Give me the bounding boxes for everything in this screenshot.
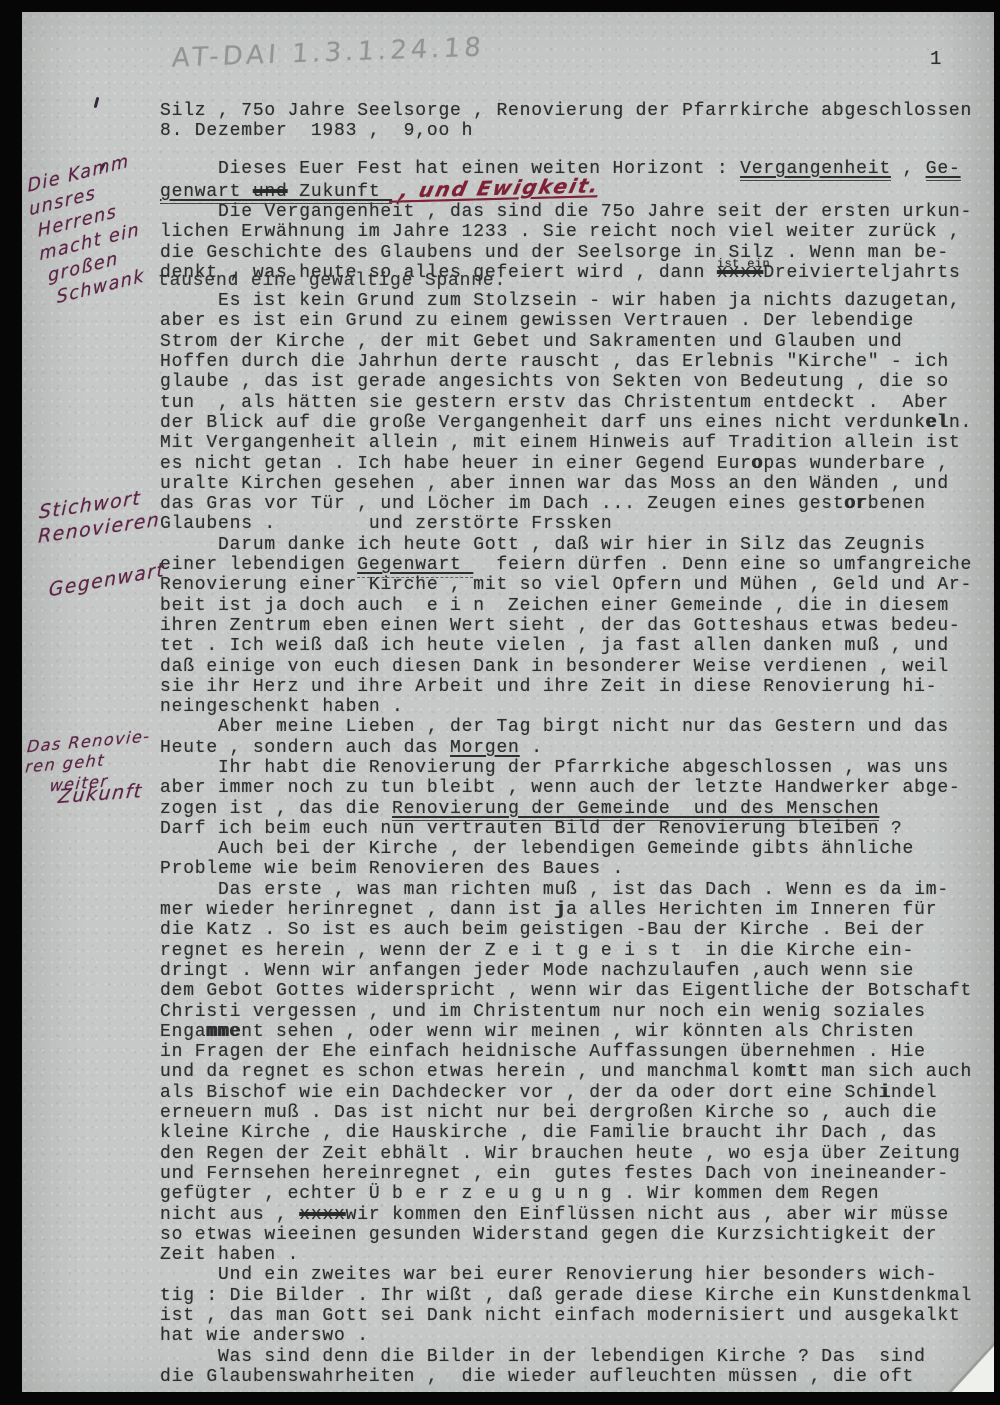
typed-line: dringt . Wenn wir anfangen jeder Mode na… xyxy=(160,961,988,981)
typed-line: 8. Dezember 1983 , 9,oo h xyxy=(160,121,988,141)
pencil-archive-ref: AT-DAI 1.3.1.24.18 xyxy=(171,32,486,73)
typed-line: ihren Zentrum eben einen Wert sieht , de… xyxy=(160,616,988,636)
typed-line: Und ein zweites war bei eurer Renovierun… xyxy=(160,1265,988,1285)
margin-note-schwank: Die Kammunsres Herrens macht ein großen … xyxy=(27,147,146,314)
typed-line: Hoffen durch die Jahrhun derte rauscht ,… xyxy=(160,352,988,372)
typed-gap xyxy=(160,142,988,159)
typed-line: Aber meine Lieben , der Tag birgt nicht … xyxy=(160,717,988,737)
note-line: Gegenwart xyxy=(49,558,165,603)
typed-line: Es ist kein Grund zum Stolzsein - wir ha… xyxy=(160,291,988,311)
typed-line: Engamment sehen , oder wenn wir meinen ,… xyxy=(160,1022,988,1042)
typed-line: Renovierung einer Kirche , mit so viel O… xyxy=(160,575,988,595)
typed-line: Probleme wie beim Renovieren des Baues . xyxy=(160,859,988,879)
typed-line: und da regnet es schon etwas herein , un… xyxy=(160,1062,988,1082)
typed-line: Heute , sondern auch das Morgen . xyxy=(160,738,988,758)
typed-line: regnet es herein , wenn der Z e i t g e … xyxy=(160,941,988,961)
typed-line: Mit Vergangenheit allein , mit einem Hin… xyxy=(160,433,988,453)
typed-line: aber immer noch zu tun bleibt , wenn auc… xyxy=(160,778,988,798)
typed-line: Zeit haben . xyxy=(160,1245,988,1265)
typed-line: tet . Ich weiß daß ich heute vielen , ja… xyxy=(160,636,988,656)
typed-line: Auch bei der Kirche , der lebendigen Gem… xyxy=(160,839,988,859)
typed-line: neingeschenkt haben . xyxy=(160,697,988,717)
typed-line: erneuern muß . Das ist nicht nur bei der… xyxy=(160,1103,988,1123)
typed-line: kleine Kirche , die Hauskirche , die Fam… xyxy=(160,1123,988,1143)
typed-line: Silz , 75o Jahre Seelsorge , Renovierung… xyxy=(160,101,988,121)
typed-line: das Gras vor Tür , und Löcher im Dach ..… xyxy=(160,494,988,514)
typed-line: Christi vergessen , und im Christentum n… xyxy=(160,1002,988,1022)
typed-line: sie ihr Herz und ihre Arbeit und ihre Ze… xyxy=(160,677,988,697)
paper: AT-DAI 1.3.1.24.18 1 Silz , 75o Jahre Se… xyxy=(22,12,994,1392)
typed-line: als Bischof wie ein Dachdecker vor , der… xyxy=(160,1083,988,1103)
typed-line: und Fernsehen hereinregnet , ein gutes f… xyxy=(160,1164,988,1184)
typed-line: Darf ich beim euch nun vertrauten Bild d… xyxy=(160,819,988,839)
page-number: 1 xyxy=(930,48,941,70)
typed-line: daß einige von euch diesen Dank in beson… xyxy=(160,657,988,677)
typed-line: uralte Kirchen gesehen , aber innen war … xyxy=(160,474,988,494)
typed-line: genwart und Zukunft , und Ewigkeit. xyxy=(160,179,988,202)
typed-line: der Blick auf die große Vergangenheit da… xyxy=(160,413,988,433)
margin-note-zukunft: Zukunft xyxy=(57,779,144,809)
fold-corner xyxy=(952,1346,994,1392)
typed-line: einer lebendigen Gegenwart feiern dürfen… xyxy=(160,555,988,575)
typed-line: die Glaubenswahrheiten , die wieder aufl… xyxy=(160,1367,988,1387)
typed-line: gefügter , echter Ü b e r z e u g u n g … xyxy=(160,1184,988,1204)
scan-background: AT-DAI 1.3.1.24.18 1 Silz , 75o Jahre Se… xyxy=(0,0,1000,1405)
margin-note-stichwort: StichwortRenovieren xyxy=(38,483,162,550)
typed-line: lichen Erwähnung im Jahre 1233 . Sie rei… xyxy=(160,222,988,242)
typed-line: Darum danke ich heute Gott , daß wir hie… xyxy=(160,535,988,555)
typed-text: Silz , 75o Jahre Seelsorge , Renovierung… xyxy=(160,101,988,1387)
typed-line: Glaubens . und zerstörte Frssken xyxy=(160,514,988,534)
typed-line: tausend eine gewaltige Spanne. xyxy=(158,271,986,291)
typed-line: mer wieder herinregnet , dann ist ja all… xyxy=(160,900,988,920)
typed-line: ist , das man Gott sei Dank nicht einfac… xyxy=(160,1306,988,1326)
typed-line: die Katz . So ist es auch beim geistigen… xyxy=(160,920,988,940)
typed-line: hat wie anderswo . xyxy=(160,1326,988,1346)
typed-line: glaube , das ist gerade angesichts von S… xyxy=(160,372,988,392)
typed-line: so etwas wieeinen gesunden Widerstand ge… xyxy=(160,1225,988,1245)
margin-note-gegenwart: Gegenwart xyxy=(49,558,165,603)
typed-line: Ihr habt die Renovierung der Pfarrkiche … xyxy=(160,758,988,778)
typed-line: Das erste , was man richten muß , ist da… xyxy=(160,880,988,900)
ink-mark xyxy=(94,97,100,108)
typed-line: es nicht getan . Ich habe heuer in einer… xyxy=(160,454,988,474)
typed-line: Die Vergangenheit , das sind die 75o Jah… xyxy=(160,202,988,222)
typed-line: aber es ist ein Grund zu einem gewissen … xyxy=(160,311,988,331)
typed-line: die Geschichte des Glaubens und der Seel… xyxy=(160,243,988,263)
typed-line: den Regen der Zeit ebhält . Wir brauchen… xyxy=(160,1144,988,1164)
typed-line: tig : Die Bilder . Ihr wißt , daß gerade… xyxy=(160,1286,988,1306)
typed-line: Strom der Kirche , der mit Gebet und Sak… xyxy=(160,332,988,352)
typed-line: dem Gebot Gottes widerspricht , wenn wir… xyxy=(160,981,988,1001)
note-line: Zukunft xyxy=(57,779,144,809)
typed-line: tun , als hätten sie gestern erstv das C… xyxy=(160,393,988,413)
typed-line: nicht aus , xxxxwir kommen den Einflüsse… xyxy=(160,1205,988,1225)
typed-line: Was sind denn die Bilder in der lebendig… xyxy=(160,1347,988,1367)
typed-line: in Fragen der Ehe einfach heidnische Auf… xyxy=(160,1042,988,1062)
typed-line: beit ist ja doch auch e i n Zeichen eine… xyxy=(160,596,988,616)
typed-line: zogen ist , das die Renovierung der Geme… xyxy=(160,799,988,819)
